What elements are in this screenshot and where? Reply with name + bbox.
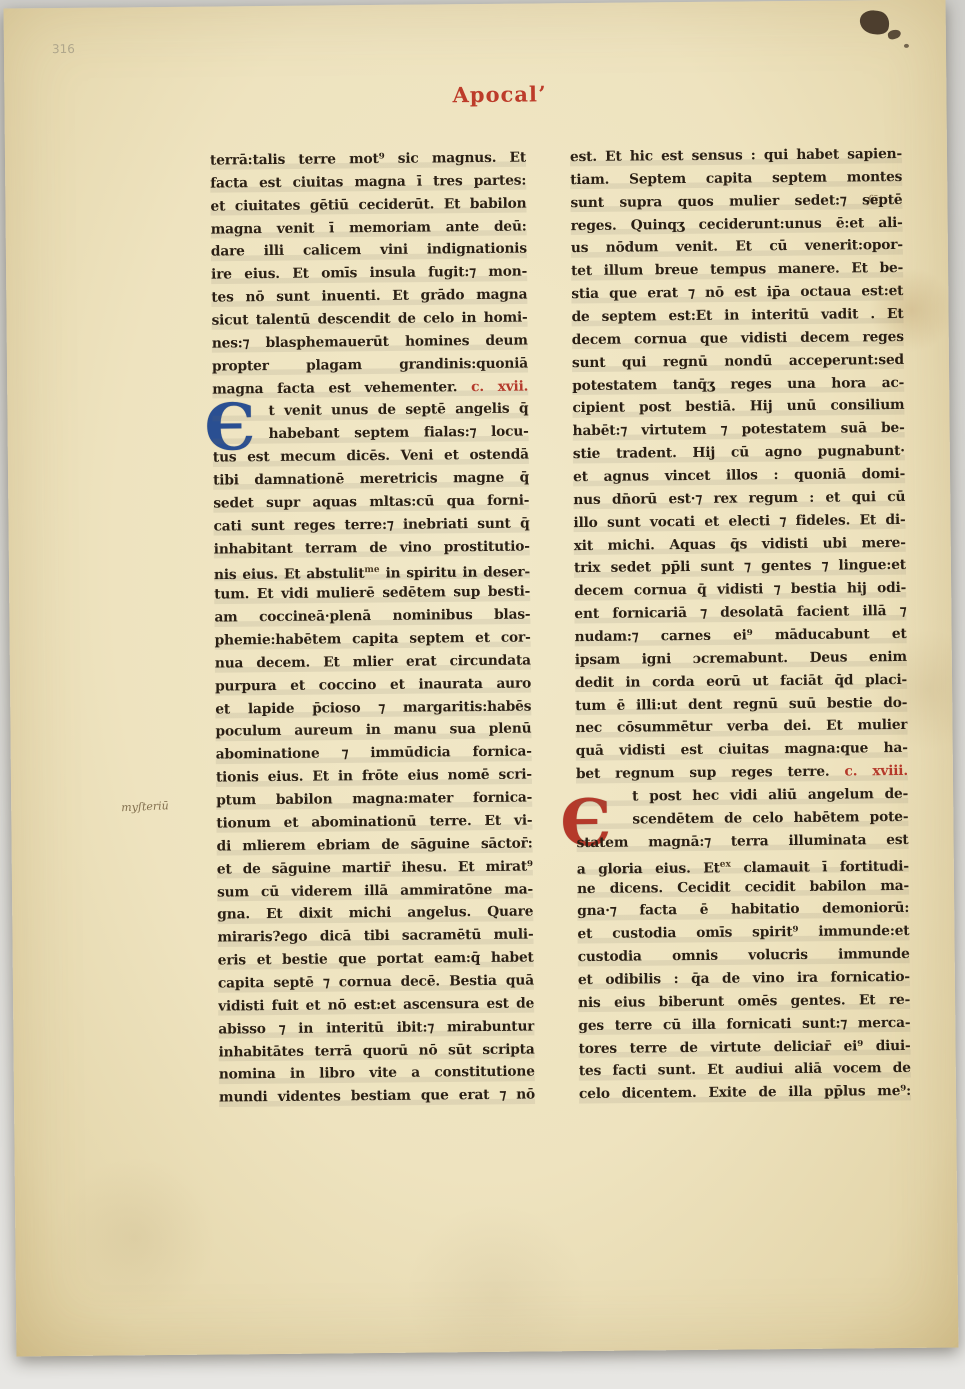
- text-segment: nus dn̄orū est·⁊ rex regum : et qui cū: [573, 489, 905, 508]
- text-line: capita septē ⁊ cornua decē. Bestia quā: [218, 969, 534, 995]
- text-line: et odibilis : q̄a de vino ira fornicatio…: [578, 966, 910, 992]
- text-segment: abisso ⁊ in interitū ibit:⁊ mirabuntur: [218, 1018, 534, 1037]
- text-segment: nis eius. Et abstulit: [214, 566, 365, 583]
- text-segment: nec cōsummētur verba dei. Et mulier: [575, 717, 907, 736]
- text-line: et agnus vincet illos : quoniā domi-: [573, 463, 905, 489]
- text-line: mundi videntes bestiam que erat ⁊ nō: [219, 1084, 535, 1110]
- text-segment: di mlierem ebriam de sāguine sāctor̄:: [217, 835, 533, 854]
- text-segment: quā vidisti est ciuitas magna:que ha-: [576, 740, 908, 759]
- text-segment: tiam. Septem capita septem montes: [570, 169, 902, 188]
- text-segment: sunt supra quos mulier sedet:⁊ septē: [570, 192, 902, 211]
- text-line: custodia omnis volucris immunde: [578, 943, 910, 969]
- text-segment: nudam:⁊ carnes ei⁹ māducabunt et: [575, 626, 907, 645]
- text-line: cati sunt reges terre:⁊ inebriati sunt q…: [213, 512, 529, 538]
- text-segment: potestatem tanq̄ʒ reges una hora ac-: [572, 375, 904, 394]
- text-segment: et agnus vincet illos : quoniā domi-: [573, 466, 905, 485]
- text-line: sum cū viderem illā ammiratōne ma-: [217, 878, 533, 904]
- text-line: nomina in libro vite a constitutione: [219, 1061, 535, 1087]
- text-line: cipient post bestiā. Hij unū consilium: [572, 394, 904, 420]
- text-segment: xit michi. Aquas q̄s vidisti ubi mere-: [574, 535, 906, 554]
- text-line: facta est ciuitas magna ī tres partes:: [210, 169, 526, 195]
- text-line: terrā:talis terre mot⁹ sic magnus. Et: [210, 147, 526, 173]
- text-line: tores terre de virtute deliciar̄ ei⁹ diu…: [578, 1034, 910, 1060]
- text-line: tionis eius. Et in frōte eius nomē scri-: [216, 764, 532, 790]
- text-segment: habēt:⁊ virtutem ⁊ potestatem suā be-: [573, 420, 905, 439]
- text-segment: decem cornua q̄ vidisti ⁊ bestia hij odi…: [574, 580, 906, 599]
- text-line: sedet supr aquas mltas:cū qua forni-: [213, 489, 529, 515]
- text-line: nes:⁊ blasphemauerūt homines deum: [212, 329, 528, 355]
- text-line: et ciuitates gētiū ceciderūt. Et babilon: [210, 192, 526, 218]
- text-segment: t venit unus de septē angelis q̄: [268, 401, 528, 419]
- text-segment: decem cornua que vidisti decem reges: [572, 329, 904, 348]
- text-segment: sum cū viderem illā ammiratōne ma-: [217, 881, 533, 900]
- text-segment: nes:⁊ blasphemauerūt homines deum: [212, 332, 528, 351]
- text-segment: ptum babilon magna:mater fornica-: [216, 790, 532, 809]
- text-segment: in spiritu in deser-: [380, 565, 531, 582]
- text-segment: sunt qui regnū nondū acceperunt:sed: [572, 352, 904, 371]
- text-segment: cipient post bestiā. Hij unū consilium: [572, 397, 904, 416]
- text-segment: vidisti fuit et nō est:et ascensura est …: [218, 995, 534, 1014]
- interlinear-correction: me: [364, 565, 379, 575]
- text-segment: reges. Quinqʒ ceciderunt:unus ē:et ali-: [571, 215, 903, 234]
- text-segment: nomina in libro vite a constitutione: [219, 1064, 535, 1083]
- text-segment: tes facti sunt. Et audiui aliā vocem de: [579, 1060, 911, 1079]
- text-segment: stia que erat ⁊ nō est ip̄a octaua est:e…: [571, 283, 903, 302]
- text-line: tionum et abominationū terre. Et vi-: [216, 809, 532, 835]
- text-segment: clamauit ī fortitudi-: [731, 858, 909, 876]
- text-segment: tum. Et vidi mulierē sedētem sup besti-: [214, 584, 530, 603]
- text-line: t post hec vidi aliū angelum de-: [576, 783, 908, 809]
- text-segment: et lapide p̄cioso ⁊ margaritis:habēs: [215, 698, 531, 717]
- text-segment: tet illum breue tempus manere. Et be-: [571, 260, 903, 279]
- text-line: abisso ⁊ in interitū ibit:⁊ mirabuntur: [218, 1015, 534, 1041]
- text-segment: eris et bestie que portat eam:q̄ habet: [218, 950, 534, 969]
- running-title: Apocalʼ: [429, 81, 569, 107]
- text-line: stia que erat ⁊ nō est ip̄a octaua est:e…: [571, 280, 903, 306]
- text-line: gna. Et dixit michi angelus. Quare: [217, 901, 533, 927]
- text-segment: et custodia omīs spirit⁹ immunde:et: [577, 923, 909, 942]
- text-segment: a gloria eius. Et: [577, 860, 720, 877]
- text-line: reges. Quinqʒ ceciderunt:unus ē:et ali-: [571, 212, 903, 238]
- text-segment: ipsam igni ɔcremabunt. Deus enim: [575, 649, 907, 668]
- text-segment: gna·⁊ facta ē habitatio demoniorū:: [577, 900, 909, 919]
- text-line: magna facta est vehementer. c. xvii.: [212, 375, 528, 401]
- text-segment: tores terre de virtute deliciar̄ ei⁹ diu…: [578, 1037, 910, 1056]
- text-line: vidisti fuit et nō est:et ascensura est …: [218, 992, 534, 1018]
- text-line: et lapide p̄cioso ⁊ margaritis:habēs: [215, 695, 531, 721]
- text-segment: t post hec vidi aliū angelum de-: [632, 786, 908, 805]
- text-line: dedit in corda eorū ut faciāt q̄d placi-: [575, 669, 907, 695]
- text-line: magna venit ī memoriam ante deū:: [211, 215, 527, 241]
- text-segment: poculum aureum in manu sua plenū: [215, 721, 531, 740]
- text-line: ne dicens. Cecidit cecidit babilon ma-: [577, 874, 909, 900]
- text-line: nudam:⁊ carnes ei⁹ māducabunt et: [575, 623, 907, 649]
- text-segment: terrā:talis terre mot⁹ sic magnus. Et: [210, 150, 526, 169]
- text-line: t venit unus de septē angelis q̄: [212, 398, 528, 424]
- text-line: decem cornua q̄ vidisti ⁊ bestia hij odi…: [574, 577, 906, 603]
- text-segment: inhabitātes terrā quorū nō sūt scripta: [219, 1041, 535, 1060]
- text-segment: purpura et coccino et inaurata auro: [215, 675, 531, 694]
- text-segment: abominatione ⁊ immūdicia fornica-: [216, 744, 532, 763]
- interlinear-correction: ex: [720, 859, 731, 869]
- text-line: di mlierem ebriam de sāguine sāctor̄:: [216, 832, 532, 858]
- text-line: miraris?ego dicā tibi sacramētū muli-: [217, 924, 533, 950]
- text-segment: ent fornicariā ⁊ desolatā facient illā ⁊: [574, 603, 906, 622]
- text-segment: illo sunt vocati et electi ⁊ fideles. Et…: [573, 512, 905, 531]
- text-line: est. Et hic est sensus : qui habet sapie…: [570, 143, 902, 169]
- text-segment: nis eius biberunt omēs gentes. Et re-: [578, 992, 910, 1011]
- ink-blot: [887, 29, 901, 40]
- text-line: decem cornua que vidisti decem reges: [572, 326, 904, 352]
- text-segment: cati sunt reges terre:⁊ inebriati sunt q…: [213, 515, 529, 534]
- text-line: statem magnā:⁊ terra illuminata est: [576, 829, 908, 855]
- column-left-lines: terrā:talis terre mot⁹ sic magnus. Etfac…: [210, 147, 535, 1110]
- text-line: ipsam igni ɔcremabunt. Deus enim: [575, 646, 907, 672]
- column-right-lines: est. Et hic est sensus : qui habet sapie…: [570, 143, 911, 1106]
- text-line: tet illum breue tempus manere. Et be-: [571, 257, 903, 283]
- text-line: a gloria eius. Etex clamauit ī fortitudi…: [577, 852, 909, 878]
- text-segment: dare illi calicem vini indignationis: [211, 241, 527, 260]
- text-segment: bet regnum sup reges terre.: [576, 764, 845, 783]
- pencil-folio-number: 316: [52, 42, 75, 56]
- text-line: potestatem tanq̄ʒ reges una hora ac-: [572, 372, 904, 398]
- text-line: celo dicentem. Exite de illa pp̄lus me⁹:: [579, 1080, 911, 1106]
- text-line: us nōdum venit. Et cū venerit:opor-: [571, 234, 903, 260]
- ink-speck: [904, 44, 909, 48]
- text-line: nis eius. Et abstulitme in spiritu in de…: [214, 558, 530, 584]
- text-line: habebant septem fialas:⁊ locu-: [213, 421, 529, 447]
- text-segment: statem magnā:⁊ terra illuminata est: [577, 832, 909, 851]
- text-segment: tionis eius. Et in frōte eius nomē scri-: [216, 767, 532, 786]
- text-segment: de septem est:Et in interitū vadit . Et: [571, 306, 903, 325]
- text-line: tiam. Septem capita septem montes: [570, 166, 902, 192]
- text-segment: propter plagam grandinis:quoniā: [212, 355, 528, 374]
- text-line: tibi damnationē meretricis magne q̄: [213, 467, 529, 493]
- text-line: et de sāguine martir̄ ihesu. Et mirat⁹: [217, 855, 533, 881]
- text-segment: sedet supr aquas mltas:cū qua forni-: [213, 492, 529, 511]
- text-line: stie tradent. Hij cū agno pugnabunt·: [573, 440, 905, 466]
- text-line: sunt supra quos mulier sedet:⁊ septē: [570, 189, 902, 215]
- text-segment: facta est ciuitas magna ī tres partes:: [210, 172, 526, 191]
- text-segment: phemie:habētem capita septem et cor-: [215, 630, 531, 649]
- text-line: inhabitātes terrā quorū nō sūt scripta: [218, 1038, 534, 1064]
- text-segment: tes nō sunt inuenti. Et grādo magna: [211, 287, 527, 306]
- text-segment: magna venit ī memoriam ante deū:: [211, 218, 527, 237]
- text-line: bet regnum sup reges terre. c. xviii.: [576, 760, 908, 786]
- text-segment: tionum et abominationū terre. Et vi-: [216, 812, 532, 831]
- text-line: eris et bestie que portat eam:q̄ habet: [218, 947, 534, 973]
- text-line: gna·⁊ facta ē habitatio demoniorū:: [577, 897, 909, 923]
- text-line: scendētem de celo habētem pote-: [576, 806, 908, 832]
- text-segment: capita septē ⁊ cornua decē. Bestia quā: [218, 972, 534, 991]
- text-line: abominatione ⁊ immūdicia fornica-: [216, 741, 532, 767]
- text-segment: trix sedet pp̄li sunt ⁊ gentes ⁊ lingue:…: [574, 557, 906, 576]
- text-line: propter plagam grandinis:quoniā: [212, 352, 528, 378]
- text-line: de septem est:Et in interitū vadit . Et: [571, 303, 903, 329]
- text-segment: am coccineā·plenā nominibus blas-: [214, 607, 530, 626]
- text-line: xit michi. Aquas q̄s vidisti ubi mere-: [574, 532, 906, 558]
- text-line: illo sunt vocati et electi ⁊ fideles. Et…: [573, 509, 905, 535]
- text-line: sunt qui regnū nondū acceperunt:sed: [572, 349, 904, 375]
- chapter-rubric: c. xviii.: [844, 763, 908, 780]
- text-segment: nua decem. Et mlier erat circundata: [215, 652, 531, 671]
- text-segment: habebant septem fialas:⁊ locu-: [269, 424, 529, 442]
- column-right: est. Et hic est sensus : qui habet sapie…: [570, 143, 911, 1106]
- text-line: sicut talentū descendit de celo in homi-: [211, 307, 527, 333]
- text-line: tum. Et vidi mulierē sedētem sup besti-: [214, 581, 530, 607]
- text-line: nis eius biberunt omēs gentes. Et re-: [578, 989, 910, 1015]
- text-line: tes facti sunt. Et audiui aliā vocem de: [579, 1057, 911, 1083]
- text-line: et custodia omīs spirit⁹ immunde:et: [577, 920, 909, 946]
- text-line: trix sedet pp̄li sunt ⁊ gentes ⁊ lingue:…: [574, 554, 906, 580]
- text-segment: tum ē illi:ut dent regnū suū bestie do-: [575, 695, 907, 714]
- text-line: am coccineā·plenā nominibus blas-: [214, 604, 530, 630]
- text-segment: ne dicens. Cecidit cecidit babilon ma-: [577, 877, 909, 896]
- text-line: dare illi calicem vini indignationis: [211, 238, 527, 264]
- text-segment: dedit in corda eorū ut faciāt q̄d placi-: [575, 672, 907, 691]
- text-segment: stie tradent. Hij cū agno pugnabunt·: [573, 443, 905, 462]
- text-line: habēt:⁊ virtutem ⁊ potestatem suā be-: [573, 417, 905, 443]
- marginal-gloss-left: myſteriū: [121, 799, 169, 814]
- text-segment: sicut talentū descendit de celo in homi-: [211, 310, 527, 329]
- text-line: inhabitant terram de vino prostitutio-: [214, 535, 530, 561]
- text-line: nec cōsummētur verba dei. Et mulier: [575, 714, 907, 740]
- text-line: ire eius. Et omīs insula fugit:⁊ mon-: [211, 261, 527, 287]
- text-segment: us nōdum venit. Et cū venerit:opor-: [571, 237, 903, 256]
- text-segment: mundi videntes bestiam que erat ⁊ nō: [219, 1087, 535, 1106]
- text-line: ptum babilon magna:mater fornica-: [216, 787, 532, 813]
- text-segment: celo dicentem. Exite de illa pp̄lus me⁹:: [579, 1083, 911, 1102]
- text-segment: et ciuitates gētiū ceciderūt. Et babilon: [210, 195, 526, 214]
- text-line: ent fornicariā ⁊ desolatā facient illā ⁊: [574, 600, 906, 626]
- text-line: quā vidisti est ciuitas magna:que ha-: [576, 737, 908, 763]
- text-line: nus dn̄orū est·⁊ rex regum : et qui cū: [573, 486, 905, 512]
- text-line: tes nō sunt inuenti. Et grādo magna: [211, 284, 527, 310]
- text-segment: et odibilis : q̄a de vino ira fornicatio…: [578, 969, 910, 988]
- text-segment: magna facta est vehementer.: [212, 379, 471, 397]
- text-segment: tus est mecum dicēs. Veni et ostendā: [213, 447, 529, 466]
- text-line: purpura et coccino et inaurata auro: [215, 672, 531, 698]
- text-line: tum ē illi:ut dent regnū suū bestie do-: [575, 692, 907, 718]
- chapter-rubric: c. xvii.: [471, 378, 528, 395]
- text-line: phemie:habētem capita septem et cor-: [215, 627, 531, 653]
- text-segment: tibi damnationē meretricis magne q̄: [213, 470, 529, 489]
- text-line: ges terre cū illa fornicati sunt:⁊ merca…: [578, 1012, 910, 1038]
- text-segment: miraris?ego dicā tibi sacramētū muli-: [217, 927, 533, 946]
- column-left: terrā:talis terre mot⁹ sic magnus. Etfac…: [210, 147, 535, 1110]
- text-segment: ges terre cū illa fornicati sunt:⁊ merca…: [578, 1015, 910, 1034]
- text-segment: custodia omnis volucris immunde: [578, 946, 910, 965]
- text-line: tus est mecum dicēs. Veni et ostendā: [213, 444, 529, 470]
- text-segment: gna. Et dixit michi angelus. Quare: [217, 904, 533, 923]
- text-segment: scendētem de celo habētem pote-: [632, 809, 908, 828]
- manuscript-leaf: 316 Apocalʼ myſteriū ſūt Є Є terrā:talis…: [4, 0, 959, 1356]
- text-line: nua decem. Et mlier erat circundata: [215, 649, 531, 675]
- text-line: poculum aureum in manu sua plenū: [215, 718, 531, 744]
- text-segment: inhabitant terram de vino prostitutio-: [214, 538, 530, 557]
- text-segment: est. Et hic est sensus : qui habet sapie…: [570, 146, 902, 165]
- text-segment: et de sāguine martir̄ ihesu. Et mirat⁹: [217, 858, 533, 877]
- text-segment: ire eius. Et omīs insula fugit:⁊ mon-: [211, 264, 527, 283]
